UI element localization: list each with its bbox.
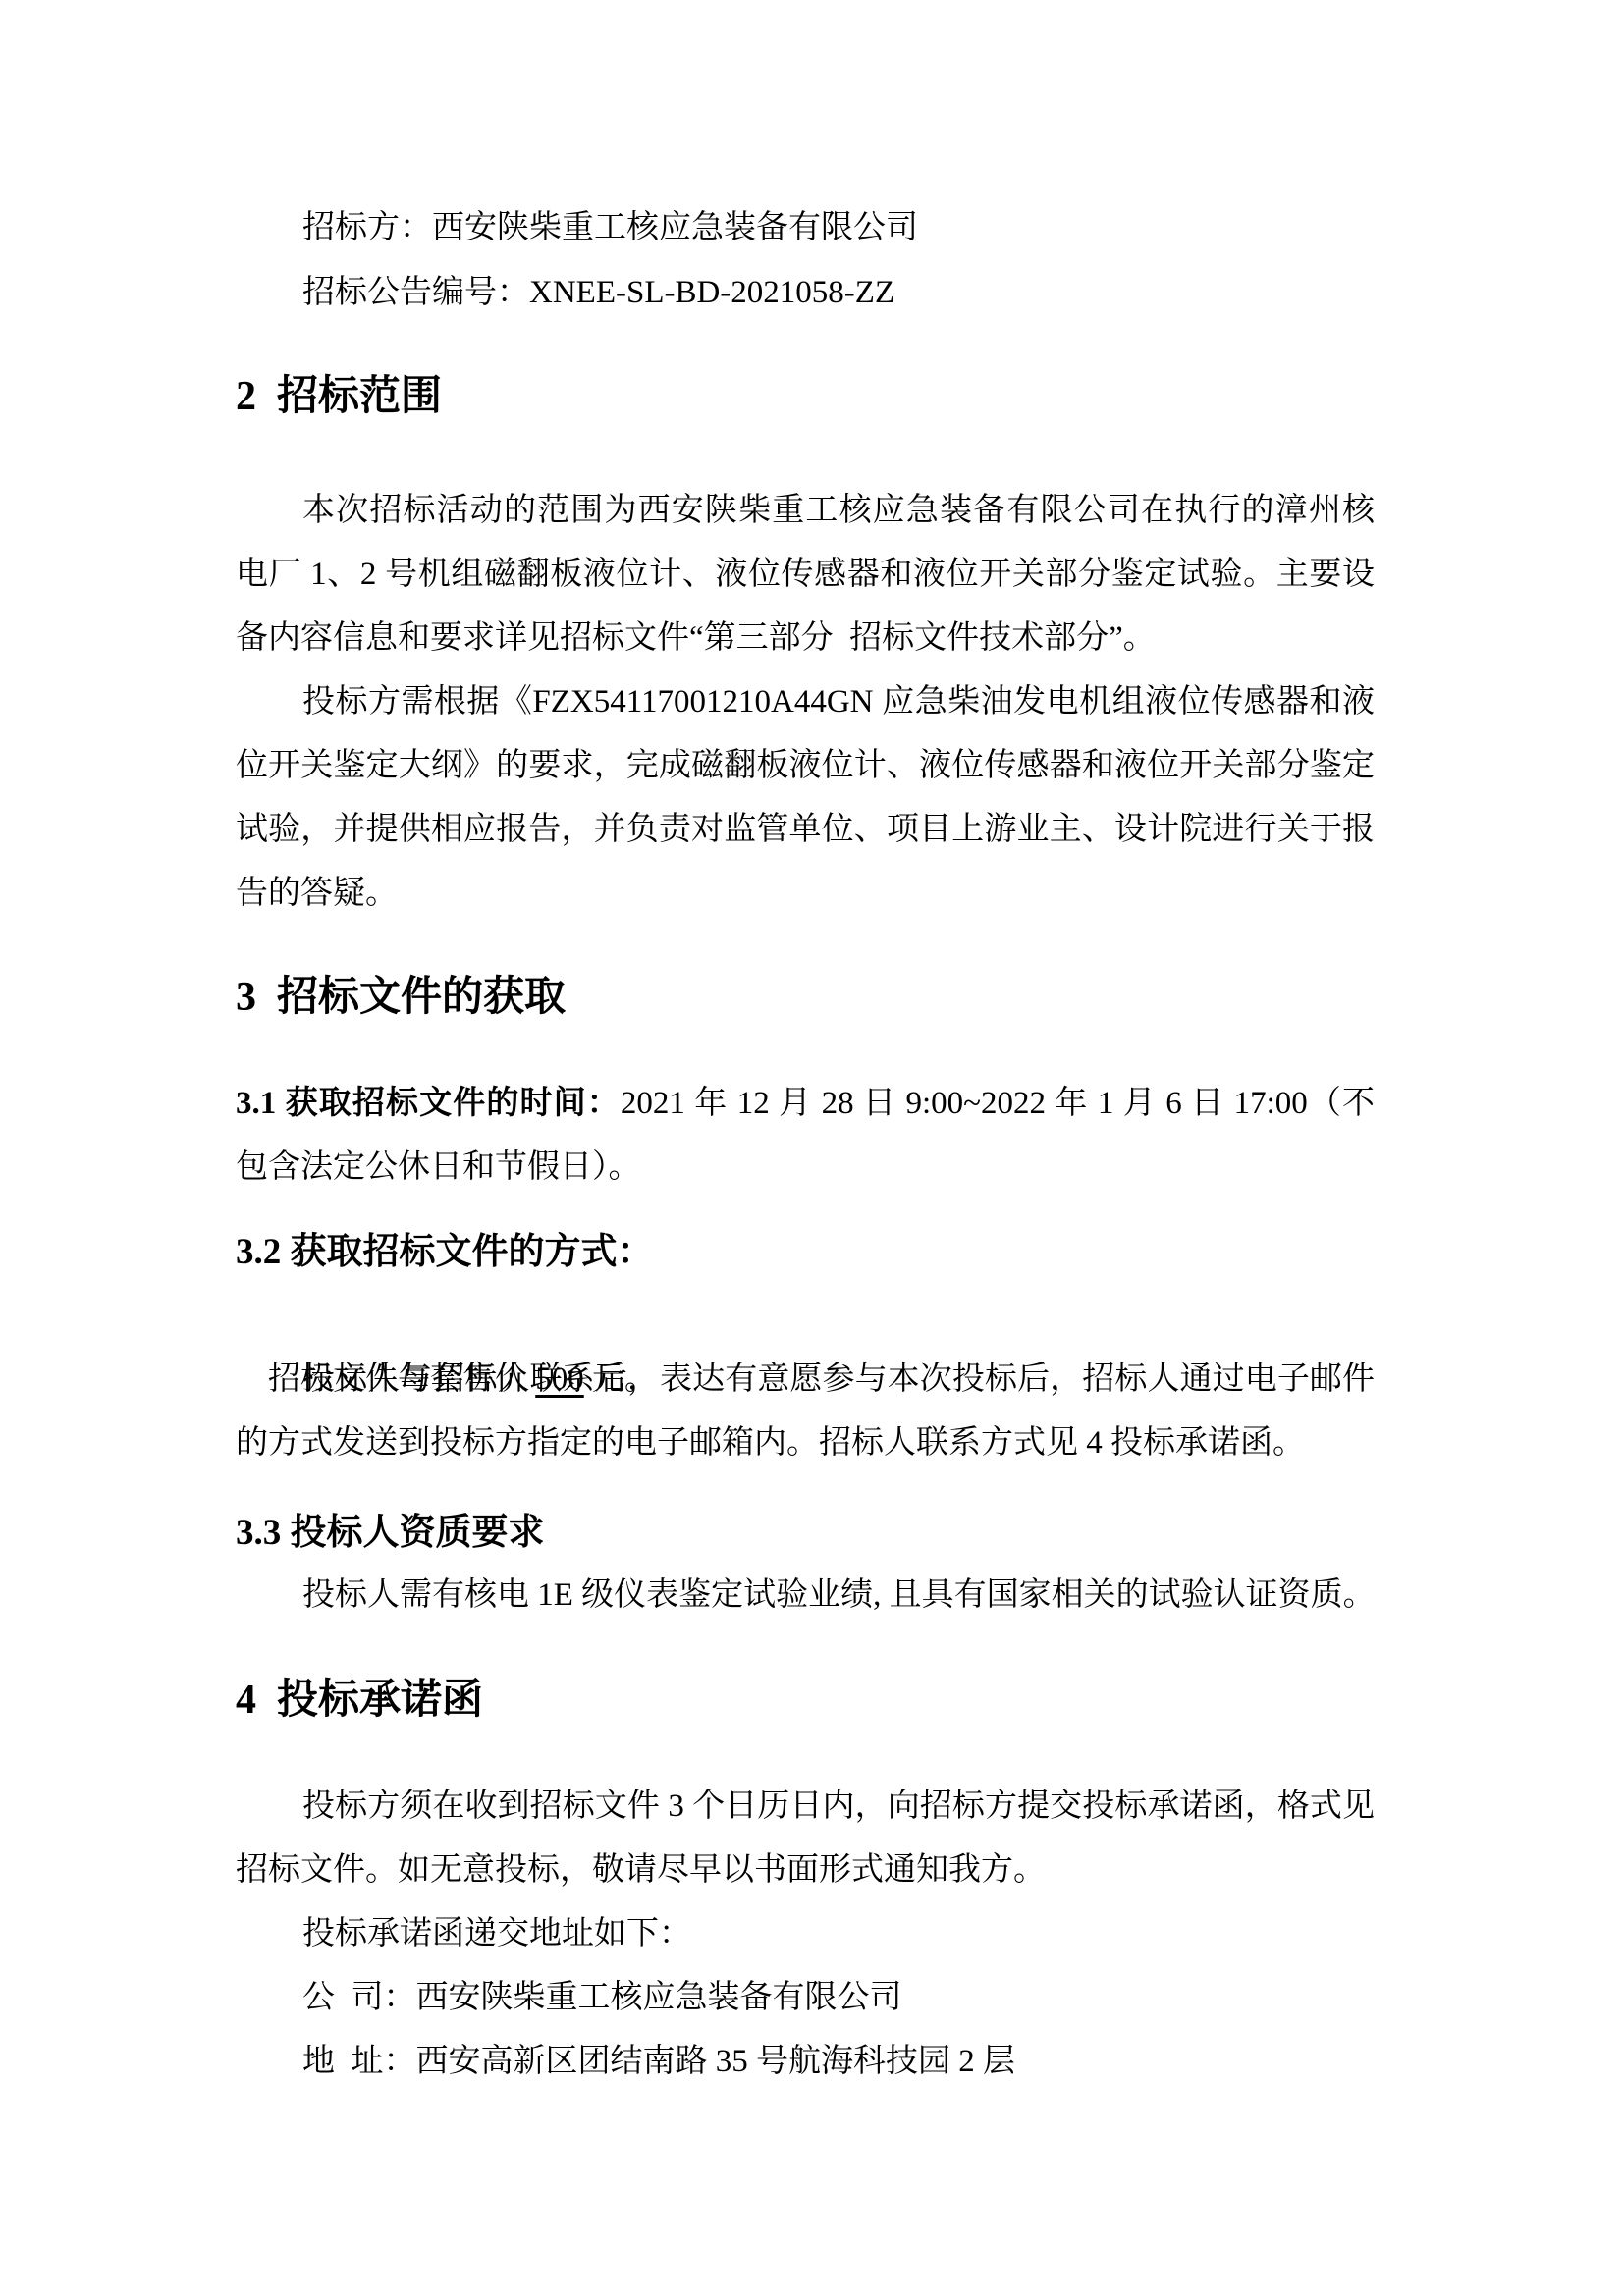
tenderer-line: 招标方：西安陕柴重工核应急装备有限公司 (236, 196, 1375, 260)
basis-para-line-1: 投标方需根据《FZX54117001210A44GN 应急柴油发电机组液位传感器… (236, 670, 1375, 734)
subsection-3-3-heading: 3.3 投标人资质要求 (236, 1501, 1375, 1565)
basis-para-line-3: 试验，并提供相应报告，并负责对监管单位、项目上游业主、设计院进行关于报 (236, 798, 1375, 862)
subsection-3-1-line-2: 包含法定公休日和节假日）。 (236, 1136, 1375, 1200)
address-intro-line: 投标承诺函递交地址如下： (236, 1902, 1375, 1966)
section-2-heading: 2 招标范围 (236, 367, 1375, 426)
scope-para-line-2: 电厂 1、2 号机组磁翻板液位计、液位传感器和液位开关部分鉴定试验。主要设 (236, 543, 1375, 607)
section-3-heading: 3 招标文件的获取 (236, 968, 1375, 1027)
commitment-para-line-2: 招标文件。如无意投标，敬请尽早以书面形式通知我方。 (236, 1839, 1375, 1902)
subsection-3-1-line: 3.1 获取招标文件的时间：2021 年 12 月 28 日 9:00~2022… (236, 1072, 1375, 1136)
commitment-para-line-1: 投标方须在收到招标文件 3 个日历日内，向招标方提交投标承诺函，格式见 (236, 1775, 1375, 1839)
section-4-heading: 4 投标承诺函 (236, 1671, 1375, 1730)
qualification-line: 投标人需有核电 1E 级仪表鉴定试验业绩, 且具有国家相关的试验认证资质。 (236, 1564, 1375, 1628)
price-line: 招标文件每套售价 500 元。 (236, 1284, 1375, 1348)
subsection-3-1-label: 3.1 获取招标文件的时间： (236, 1086, 621, 1121)
basis-para-line-4: 告的答疑。 (236, 862, 1375, 926)
notice-number-line: 招标公告编号：XNEE-SL-BD-2021058-ZZ (236, 261, 1375, 325)
subsection-3-1-time-range: 2021 年 12 月 28 日 9:00~2022 年 1 月 6 日 17:… (621, 1086, 1375, 1121)
scope-para-line-1: 本次招标活动的范围为西安陕柴重工核应急装备有限公司在执行的漳州核 (236, 479, 1375, 543)
scope-para-line-3: 备内容信息和要求详见招标文件“第三部分 招标文件技术部分”。 (236, 607, 1375, 670)
address-line: 地 址：西安高新区团结南路 35 号航海科技园 2 层 (236, 2030, 1375, 2094)
document-page: 招标方：西安陕柴重工核应急装备有限公司 招标公告编号：XNEE-SL-BD-20… (0, 0, 1624, 2296)
basis-para-line-2: 位开关鉴定大纲》的要求，完成磁翻板液位计、液位传感器和液位开关部分鉴定 (236, 734, 1375, 798)
contact-para-line-2: 的方式发送到投标方指定的电子邮箱内。招标人联系方式见 4 投标承诺函。 (236, 1412, 1375, 1475)
contact-para-line-1: 投标人与招标人联系后，表达有意愿参与本次投标后，招标人通过电子邮件 (236, 1348, 1375, 1412)
subsection-3-2-heading: 3.2 获取招标文件的方式： (236, 1220, 1375, 1284)
company-line: 公 司：西安陕柴重工核应急装备有限公司 (236, 1966, 1375, 2030)
